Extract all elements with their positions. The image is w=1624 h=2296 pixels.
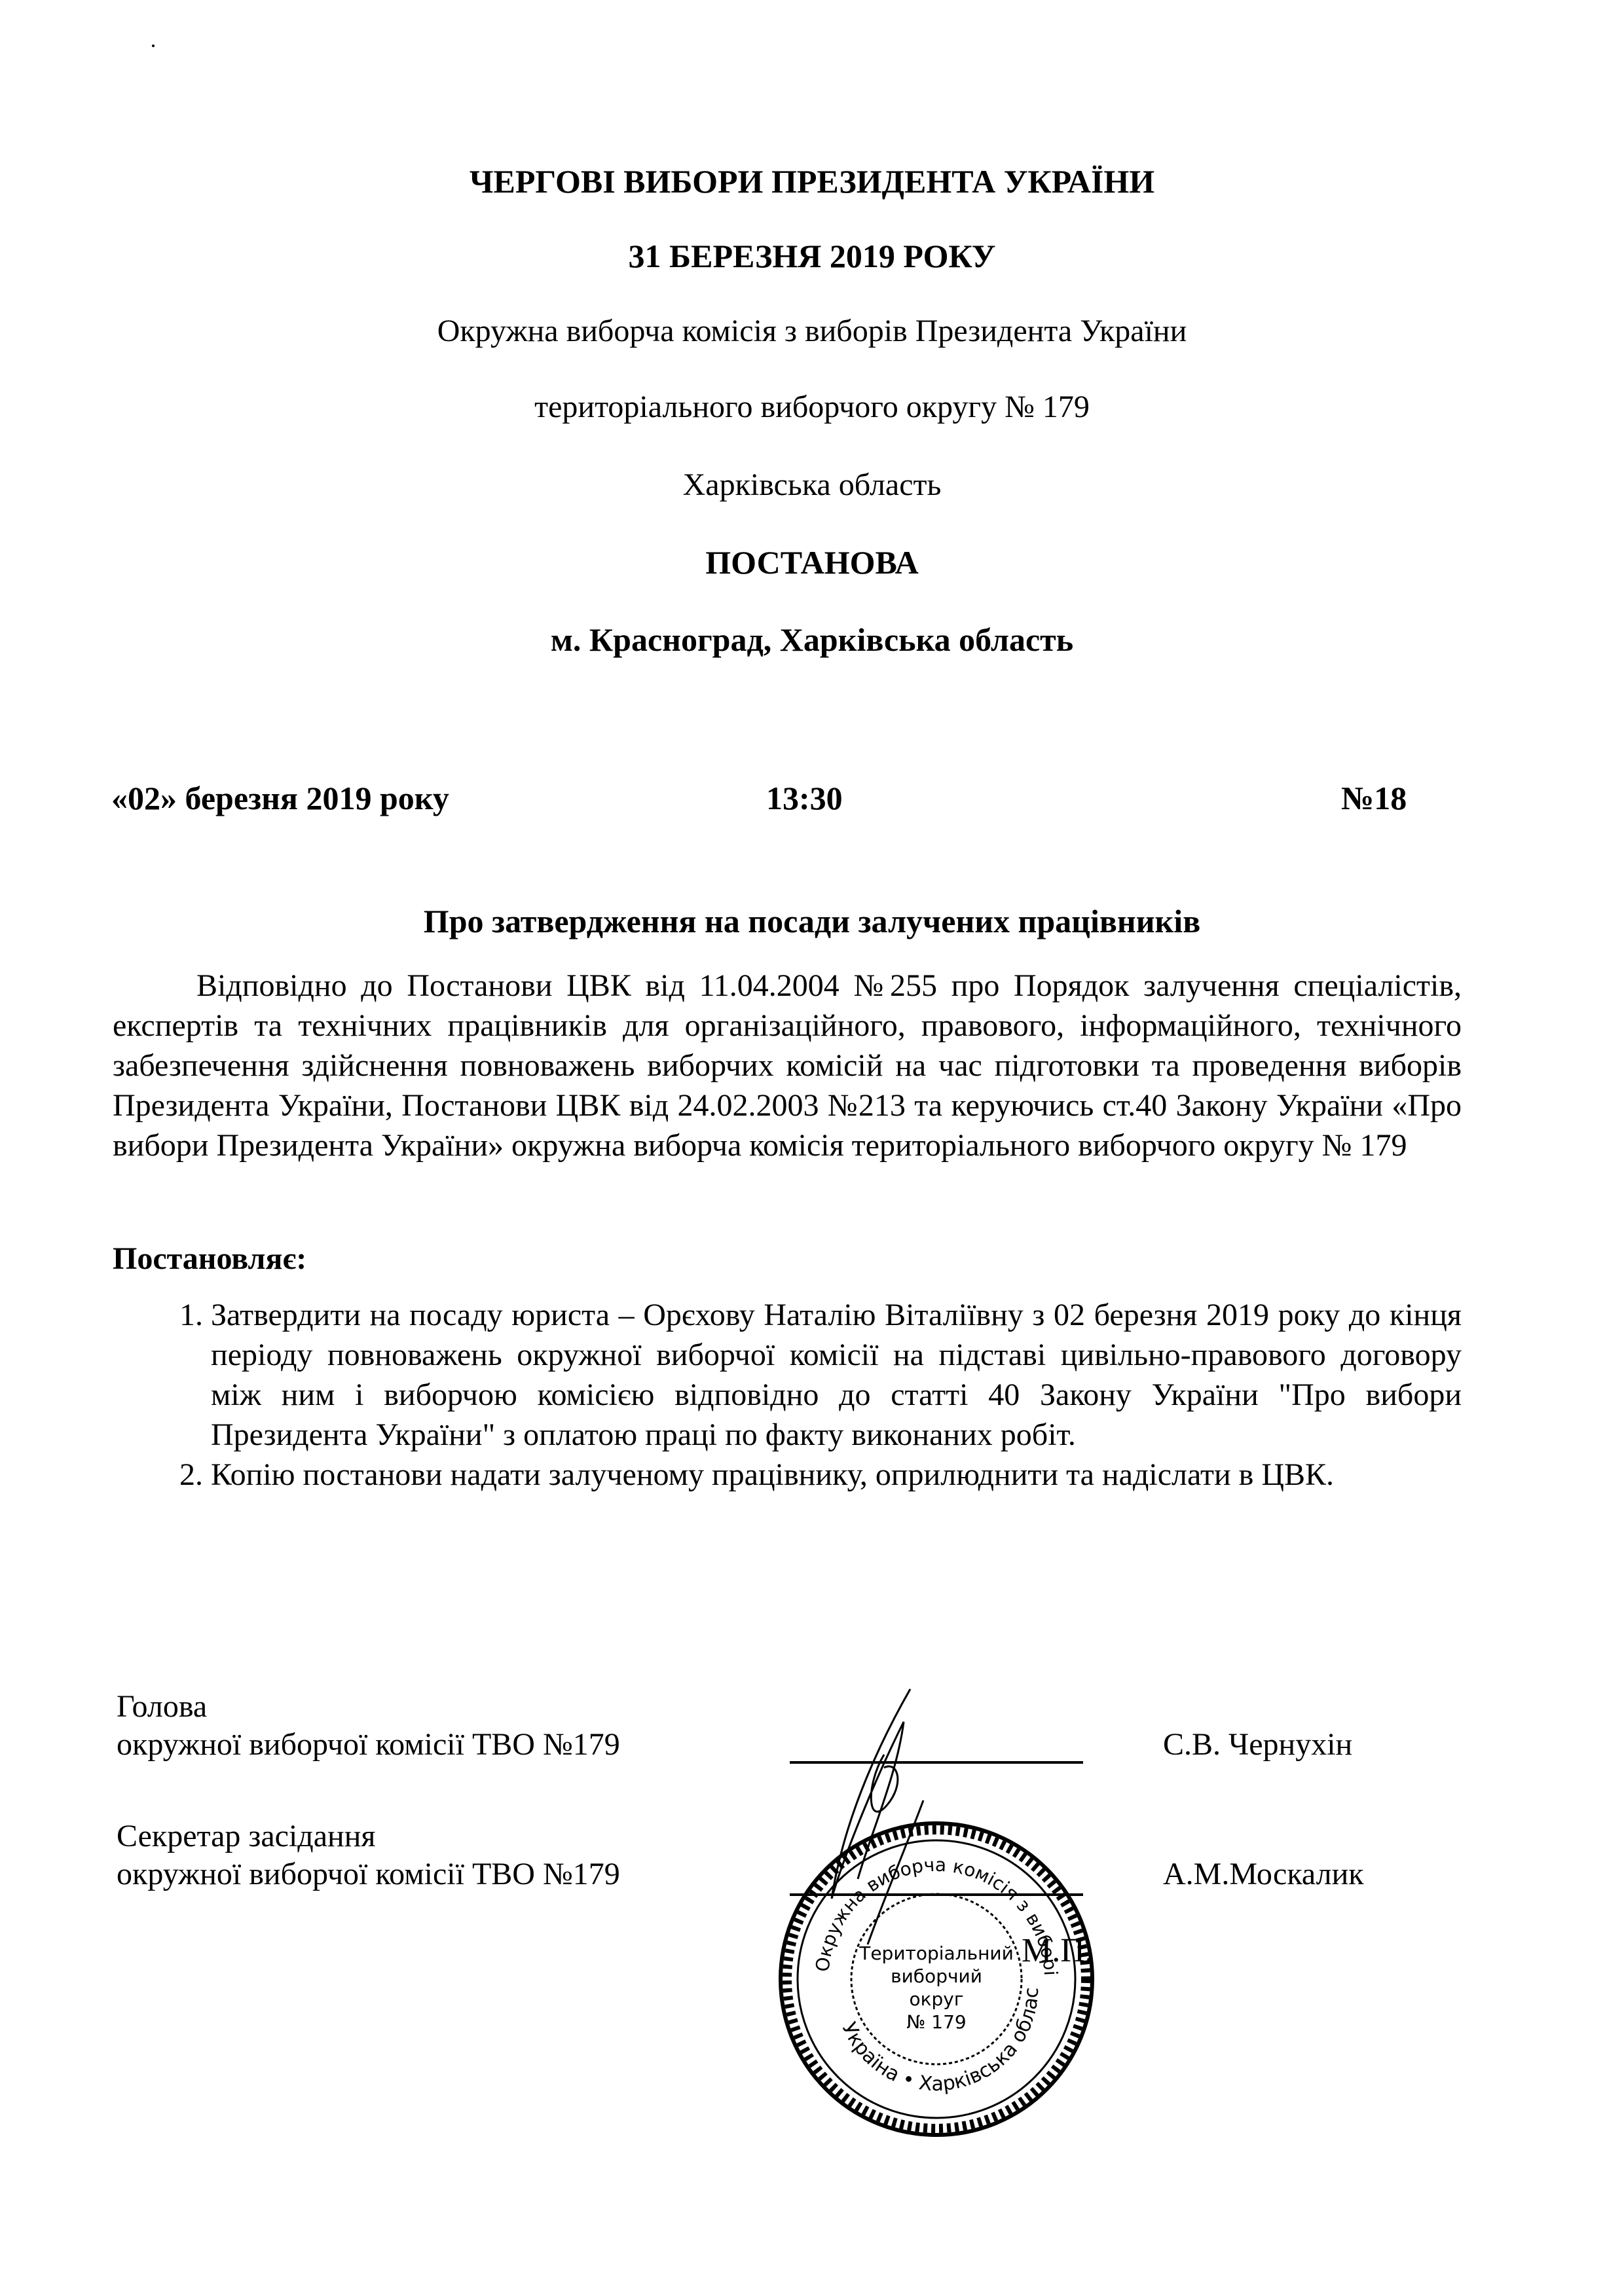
head-signature-block: Голова окружної виборчої комісії ТВО №17…	[117, 1688, 620, 1764]
head-name: С.В. Чернухін	[1163, 1726, 1352, 1764]
head-title: Голова	[117, 1688, 620, 1726]
document-number: №18	[1341, 779, 1407, 817]
resolves-label: Постановляє:	[113, 1241, 306, 1277]
document-subject: Про затвердження на посади залучених пра…	[0, 902, 1624, 940]
decision-item: Затвердити на посаду юриста – Орєхову На…	[211, 1295, 1462, 1455]
election-date: 31 БЕРЕЗНЯ 2019 РОКУ	[0, 237, 1624, 275]
secretary-commission: окружної виборчої комісії ТВО №179	[117, 1855, 620, 1893]
document-type: ПОСТАНОВА	[0, 543, 1624, 581]
document-time: 13:30	[766, 779, 843, 817]
scan-speck	[152, 45, 155, 47]
seal-center-line: виборчий	[891, 1965, 982, 1987]
seal-place-mark: М.П.	[1022, 1931, 1094, 1970]
seal-center-line: Територіальний	[858, 1942, 1014, 1964]
district-name: територіального виборчого округу № 179	[0, 389, 1624, 425]
head-commission: окружної виборчої комісії ТВО №179	[117, 1726, 620, 1764]
official-seal-icon: Окружна виборча комісія з виборів Презид…	[776, 1819, 1097, 2140]
decisions-list: Затвердити на посаду юриста – Орєхову На…	[113, 1295, 1462, 1495]
commission-name: Окружна виборча комісія з виборів Презид…	[0, 313, 1624, 349]
secretary-signature-block: Секретар засідання окружної виборчої ком…	[117, 1817, 620, 1893]
date-time-number-row: «02» березня 2019 року 13:30 №18	[111, 779, 1421, 825]
preamble-paragraph: Відповідно до Постанови ЦВК від 11.04.20…	[113, 966, 1462, 1165]
document-date: «02» березня 2019 року	[111, 779, 449, 817]
secretary-title: Секретар засідання	[117, 1817, 620, 1855]
election-title: ЧЕРГОВІ ВИБОРИ ПРЕЗИДЕНТА УКРАЇНИ	[0, 162, 1624, 200]
secretary-name: А.М.Москалик	[1163, 1855, 1364, 1893]
seal-center-line: № 179	[906, 2011, 966, 2033]
document-page: ЧЕРГОВІ ВИБОРИ ПРЕЗИДЕНТА УКРАЇНИ 31 БЕР…	[0, 0, 1624, 2296]
decision-item: Копію постанови надати залученому праців…	[211, 1455, 1462, 1495]
seal-center-line: округ	[909, 1988, 963, 2010]
region-name: Харківська область	[0, 467, 1624, 503]
document-location: м. Красноград, Харківська область	[0, 621, 1624, 659]
